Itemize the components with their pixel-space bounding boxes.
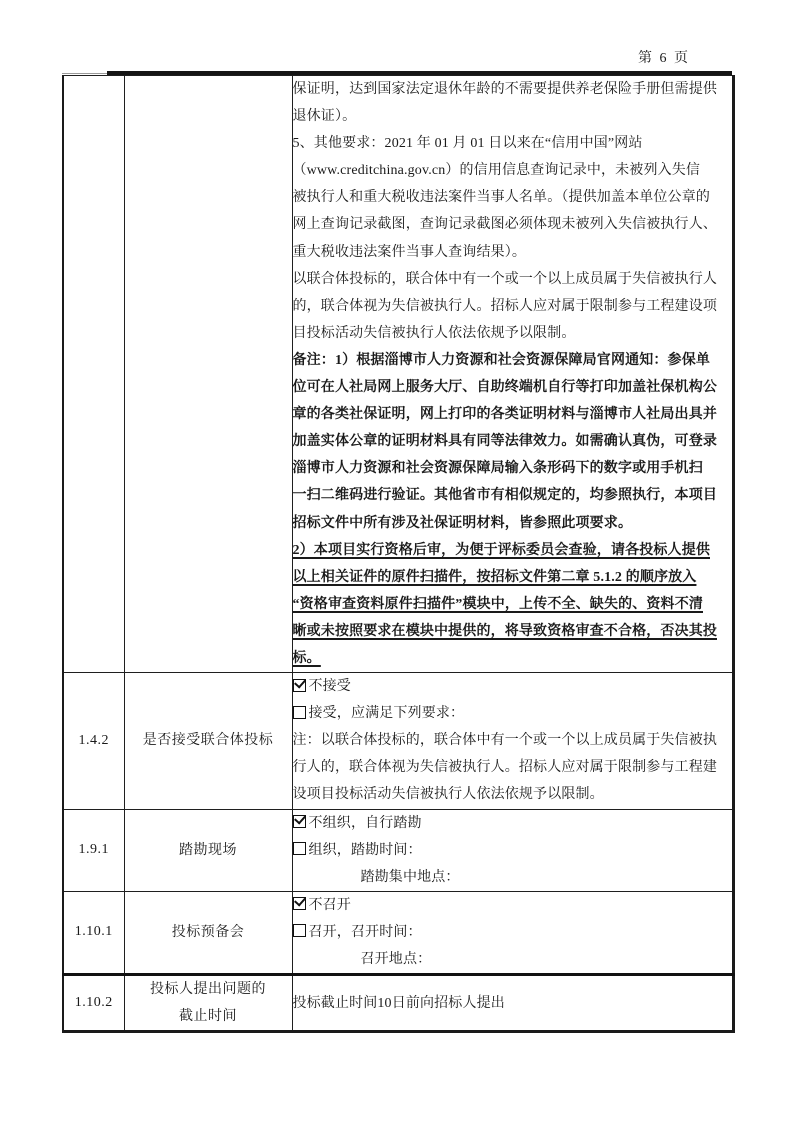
content-line: 招标文件中所有涉及社保证明材料，皆参照此项要求。 (293, 510, 732, 537)
content-line: 投标截止时间10日前向招标人提出 (293, 990, 732, 1017)
content-text: 备注：1）根据淄博市人力资源和社会资源保障局官网通知：参保单 (293, 353, 711, 368)
content-line: 目投标活动失信被执行人依法依规予以限制。 (293, 320, 732, 347)
content-line: 以联合体投标的，联合体中有一个或一个以上成员属于失信被执行人 (293, 266, 732, 293)
row-id-cell: 1.10.2 (63, 975, 124, 1032)
content-text: 注：以联合体投标的，联合体中有一个或一个以上成员属于失信被执 (293, 733, 718, 748)
checkbox-unchecked-icon (293, 842, 306, 855)
content-text: 招标文件中所有涉及社保证明材料，皆参照此项要求。 (293, 516, 633, 531)
content-line: （www.creditchina.gov.cn）的信用信息查询记录中，未被列入失… (293, 157, 732, 184)
row-label-line: 是否接受联合体投标 (125, 727, 292, 754)
content-line: 晰或未按照要求在模块中提供的，将导致资格审查不合格，否决其投 (293, 618, 732, 645)
content-line: 不组织，自行踏勘 (293, 810, 732, 837)
checkbox-unchecked-icon (293, 706, 306, 719)
content-line: 设项目投标活动失信被执行人依法依规予以限制。 (293, 781, 732, 808)
bid-conditions-table: 保证明，达到国家法定退休年龄的不需要提供养老保险手册但需提供退休证）。5、其他要… (62, 75, 735, 1033)
content-text: 重大税收违法案件当事人查询结果）。 (293, 245, 527, 260)
content-text: 不组织，自行踏勘 (309, 816, 422, 831)
content-text: 晰或未按照要求在模块中提供的，将导致资格审查不合格，否决其投 (293, 624, 718, 639)
row-label-cell (124, 76, 292, 673)
row-label-line: 截止时间 (125, 1003, 292, 1030)
content-text: 被执行人和重大税收违法案件当事人名单。（提供加盖本单位公章的 (293, 190, 711, 205)
content-text: 位可在人社局网上服务大厅、自助终端机自行等打印加盖社保机构公 (293, 380, 718, 395)
content-line: 踏勘集中地点： (293, 864, 732, 891)
content-text: 2）本项目实行资格后审，为便于评标委员会查验，请各投标人提供 (293, 543, 711, 558)
content-text: 加盖实体公章的证明材料具有同等法律效力。如需确认真伪，可登录 (293, 434, 718, 449)
table-row: 保证明，达到国家法定退休年龄的不需要提供养老保险手册但需提供退休证）。5、其他要… (63, 76, 733, 673)
table-row: 1.9.1踏勘现场不组织，自行踏勘组织，踏勘时间：踏勘集中地点： (63, 809, 733, 891)
content-text: 踏勘集中地点： (361, 870, 460, 885)
row-id: 1.10.2 (64, 995, 124, 1011)
content-text: 目投标活动失信被执行人依法依规予以限制。 (293, 326, 576, 341)
content-text: 行人的，联合体视为失信被执行人。招标人应对属于限制参与工程建 (293, 760, 718, 775)
row-label-line: 踏勘现场 (125, 837, 292, 864)
content-line: 淄博市人力资源和社会资源保障局输入条形码下的数字或用手机扫 (293, 455, 732, 482)
content-text: 不召开 (309, 898, 351, 913)
content-text: 5、其他要求：2021 年 01 月 01 日以来在“信用中国”网站 (293, 136, 643, 151)
content-line: 召开地点： (293, 946, 732, 973)
content-line: 加盖实体公章的证明材料具有同等法律效力。如需确认真伪，可登录 (293, 428, 732, 455)
row-label-line: 投标预备会 (125, 919, 292, 946)
row-id: 1.9.1 (64, 842, 124, 858)
row-content-cell: 保证明，达到国家法定退休年龄的不需要提供养老保险手册但需提供退休证）。5、其他要… (292, 76, 733, 673)
checkbox-checked-icon (293, 679, 306, 692)
content-text: 的，联合体视为失信被执行人。招标人应对属于限制参与工程建设项 (293, 299, 718, 314)
row-content-cell: 不接受接受，应满足下列要求：注：以联合体投标的，联合体中有一个或一个以上成员属于… (292, 673, 733, 809)
content-line: 位可在人社局网上服务大厅、自助终端机自行等打印加盖社保机构公 (293, 374, 732, 401)
bid-table-body: 保证明，达到国家法定退休年龄的不需要提供养老保险手册但需提供退休证）。5、其他要… (63, 76, 733, 1032)
content-text: “资格审查资料原件扫描件”模块中，上传不全、缺失的、资料不清 (293, 597, 704, 612)
content-line: 召开，召开时间： (293, 919, 732, 946)
content-text: 组织，踏勘时间： (309, 843, 422, 858)
content-line: “资格审查资料原件扫描件”模块中，上传不全、缺失的、资料不清 (293, 591, 732, 618)
row-content-cell: 不组织，自行踏勘组织，踏勘时间：踏勘集中地点： (292, 809, 733, 891)
content-line: 重大税收违法案件当事人查询结果）。 (293, 239, 732, 266)
row-id-cell: 1.4.2 (63, 673, 124, 809)
table-row: 1.10.1投标预备会不召开召开，召开时间：召开地点： (63, 891, 733, 974)
checkbox-unchecked-icon (293, 924, 306, 937)
content-line: 不接受 (293, 673, 732, 700)
row-id-cell: 1.10.1 (63, 891, 124, 974)
content-line: 2）本项目实行资格后审，为便于评标委员会查验，请各投标人提供 (293, 537, 732, 564)
content-line: 一扫二维码进行验证。其他省市有相似规定的，均参照执行，本项目 (293, 482, 732, 509)
content-line: 行人的，联合体视为失信被执行人。招标人应对属于限制参与工程建 (293, 754, 732, 781)
content-text: 淄博市人力资源和社会资源保障局输入条形码下的数字或用手机扫 (293, 461, 703, 476)
content-text: 一扫二维码进行验证。其他省市有相似规定的，均参照执行，本项目 (293, 488, 718, 503)
row-label-cell: 投标预备会 (124, 891, 292, 974)
content-line: 保证明，达到国家法定退休年龄的不需要提供养老保险手册但需提供 (293, 76, 732, 103)
content-text: 不接受 (309, 679, 351, 694)
content-text: 退休证）。 (293, 109, 357, 124)
content-line: 以上相关证件的原件扫描件，按招标文件第二章 5.1.2 的顺序放入 (293, 564, 732, 591)
row-label-cell: 踏勘现场 (124, 809, 292, 891)
content-text: 召开，召开时间： (309, 925, 422, 940)
row-label-cell: 是否接受联合体投标 (124, 673, 292, 809)
content-line: 的，联合体视为失信被执行人。招标人应对属于限制参与工程建设项 (293, 293, 732, 320)
content-text: 投标截止时间10日前向招标人提出 (293, 996, 505, 1011)
checkbox-checked-icon (293, 815, 306, 828)
content-text: 接受，应满足下列要求： (309, 706, 465, 721)
content-text: 以联合体投标的，联合体中有一个或一个以上成员属于失信被执行人 (293, 272, 718, 287)
row-content-cell: 投标截止时间10日前向招标人提出 (292, 975, 733, 1032)
content-text: 以上相关证件的原件扫描件，按招标文件第二章 5.1.2 的顺序放入 (293, 570, 697, 585)
content-line: 章的各类社保证明，网上打印的各类证明材料与淄博市人社局出具并 (293, 401, 732, 428)
row-id-cell: 1.9.1 (63, 809, 124, 891)
content-text: （www.creditchina.gov.cn）的信用信息查询记录中，未被列入失… (293, 163, 701, 178)
page-number: 第 6 页 (638, 47, 690, 67)
row-id: 1.10.1 (64, 924, 124, 940)
row-id-cell (63, 76, 124, 673)
table-row: 1.10.2投标人提出问题的截止时间投标截止时间10日前向招标人提出 (63, 975, 733, 1032)
content-line: 退休证）。 (293, 103, 732, 130)
content-line: 注：以联合体投标的，联合体中有一个或一个以上成员属于失信被执 (293, 727, 732, 754)
row-label-cell: 投标人提出问题的截止时间 (124, 975, 292, 1032)
row-label-line: 投标人提出问题的 (125, 976, 292, 1003)
content-text: 网上查询记录截图，查询记录截图必须体现未被列入失信被执行人、 (293, 217, 718, 232)
content-text: 保证明，达到国家法定退休年龄的不需要提供养老保险手册但需提供 (293, 82, 718, 97)
content-line: 被执行人和重大税收违法案件当事人名单。（提供加盖本单位公章的 (293, 184, 732, 211)
content-line: 备注：1）根据淄博市人力资源和社会资源保障局官网通知：参保单 (293, 347, 732, 374)
row-id: 1.4.2 (64, 733, 124, 749)
content-text: 设项目投标活动失信被执行人依法依规予以限制。 (293, 787, 604, 802)
content-line: 组织，踏勘时间： (293, 837, 732, 864)
content-line: 5、其他要求：2021 年 01 月 01 日以来在“信用中国”网站 (293, 130, 732, 157)
row-content-cell: 不召开召开，召开时间：召开地点： (292, 891, 733, 974)
content-line: 接受，应满足下列要求： (293, 700, 732, 727)
table-row: 1.4.2是否接受联合体投标不接受接受，应满足下列要求：注：以联合体投标的，联合… (63, 673, 733, 809)
content-text: 标。 (293, 651, 321, 666)
content-line: 不召开 (293, 892, 732, 919)
document-page: 第 6 页 保证明，达到国家法定退休年龄的不需要提供养老保险手册但需提供退休证）… (0, 0, 793, 1122)
content-text: 章的各类社保证明，网上打印的各类证明材料与淄博市人社局出具并 (293, 407, 718, 422)
content-line: 标。 (293, 645, 732, 672)
content-line: 网上查询记录截图，查询记录截图必须体现未被列入失信被执行人、 (293, 211, 732, 238)
content-text: 召开地点： (361, 952, 432, 967)
checkbox-checked-icon (293, 897, 306, 910)
